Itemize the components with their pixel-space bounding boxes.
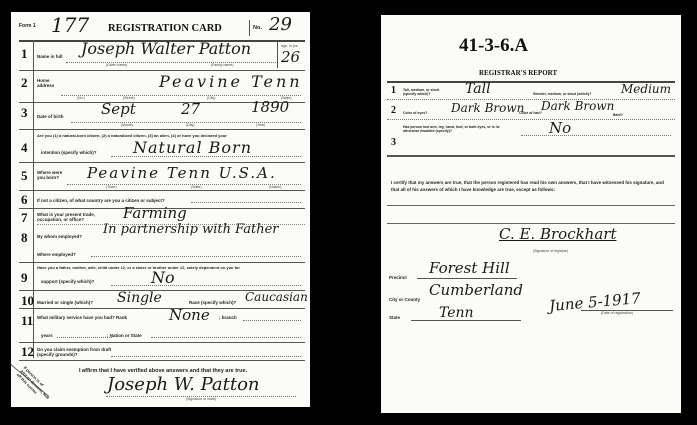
precinct-value: Forest Hill	[429, 259, 510, 277]
home-address-value: Peavine Tenn	[159, 72, 303, 91]
marital-status-value: Single	[117, 290, 162, 306]
state-value: Tenn	[439, 305, 474, 321]
registrar-signature: C. E. Brockhart	[499, 225, 616, 243]
registration-number: 29	[269, 14, 292, 35]
height-value: Tall	[465, 81, 491, 97]
registrant-signature: Joseph W. Patton	[107, 374, 260, 395]
build-value: Medium	[621, 82, 671, 96]
county-value: Cumberland	[429, 281, 523, 299]
card-title: REGISTRATION CARD	[108, 23, 222, 34]
eye-color-value: Dark Brown	[451, 101, 524, 115]
occupation-value: Farming	[123, 204, 187, 222]
citizenship-value: Natural Born	[133, 138, 252, 157]
full-name-value: Joseph Walter Patton	[81, 39, 251, 58]
military-service-value: None	[169, 306, 210, 324]
certification-text: I certify that my answers are true, that…	[391, 179, 671, 193]
hair-color-value: Dark Brown	[541, 99, 614, 113]
registration-card: Form 1 177 REGISTRATION CARD No. 29 1 Na…	[11, 12, 310, 407]
report-title: REGISTRAR'S REPORT	[479, 69, 557, 77]
birth-month-value: Sept	[101, 100, 136, 118]
card-code: 41-3-6.A	[459, 35, 528, 57]
employer-value: In partnership with Father	[103, 222, 279, 237]
registrars-report-card: 41-3-6.A REGISTRAR'S REPORT 1 Tall, medi…	[381, 15, 681, 413]
birth-day-value: 27	[181, 100, 200, 118]
birth-year-value: 1890	[251, 98, 289, 116]
number-label: No.	[253, 25, 262, 31]
form-label: Form 1	[19, 23, 36, 29]
serial-number: 177	[51, 13, 89, 37]
birthplace-value: Peavine Tenn U.S.A.	[87, 164, 277, 182]
age-value: 26	[281, 48, 300, 66]
race-value: Caucasian	[245, 290, 308, 304]
